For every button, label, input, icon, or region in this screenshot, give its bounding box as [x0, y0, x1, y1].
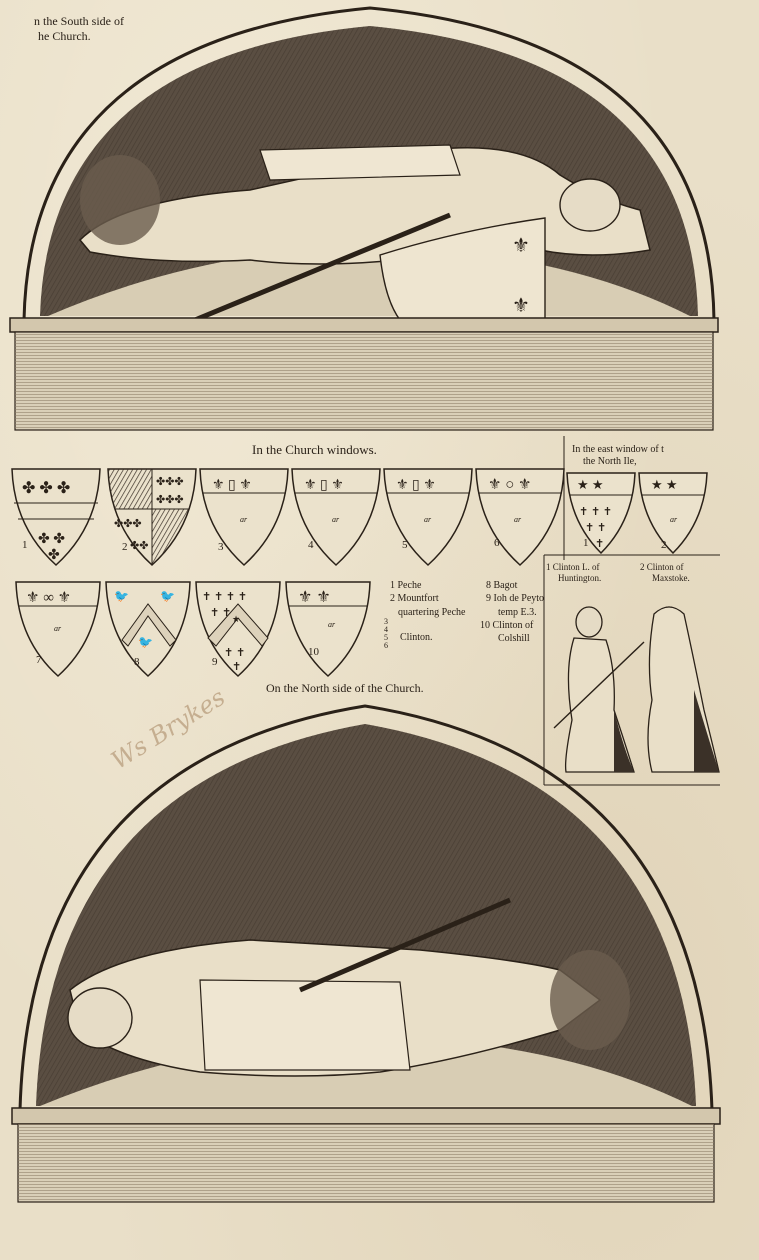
shield-10-number: 10 — [308, 646, 319, 658]
shield-1-number: 1 — [22, 539, 28, 551]
svg-text:✝ ✝: ✝ ✝ — [224, 647, 245, 659]
east-shield-1: ★ ★ ✝ ✝ ✝ ✝ ✝ ✝ — [565, 471, 637, 555]
legend-item-3-6: Clinton. — [400, 632, 433, 644]
svg-text:✤✤✤: ✤✤✤ — [114, 518, 142, 530]
legend-item-9: 9 Ioh de Peyto — [486, 593, 544, 605]
shield-10-tincture: ar — [328, 620, 335, 629]
shield-9-number: 9 — [212, 656, 218, 668]
svg-text:🐦: 🐦 — [138, 635, 153, 649]
legend-item-9b: temp E.3. — [498, 607, 537, 619]
shield-1-peche: ✤ ✤ ✤ ✤ ✤ ✤ — [10, 467, 102, 567]
legend-item-10: 10 Clinton of — [480, 620, 533, 632]
east-shield-2-number: 2 — [661, 539, 667, 551]
north-side-caption: On the North side of the Church. — [266, 681, 424, 695]
figure-1-caption-line2: Huntington. — [558, 572, 601, 584]
north-tomb-engraving — [0, 700, 759, 1260]
shield-9-peyto: ✝ ✝ ✝ ✝ ✝ ✝ ★ ✝ ✝ ✝ — [194, 580, 282, 678]
shield-6-number: 6 — [494, 537, 500, 549]
svg-text:✝ ✝: ✝ ✝ — [210, 607, 231, 619]
svg-text:🐦: 🐦 — [160, 589, 175, 603]
svg-text:✤✤: ✤✤ — [130, 540, 148, 552]
shield-5-tincture: ar — [424, 515, 431, 524]
svg-text:✝: ✝ — [595, 538, 604, 550]
svg-text:⚜ ▯ ⚜: ⚜ ▯ ⚜ — [396, 478, 436, 493]
shield-3-tincture: ar — [240, 515, 247, 524]
legend-item-1: 1 Peche — [390, 580, 421, 592]
svg-text:★ ★: ★ ★ — [651, 477, 678, 492]
shield-4-tincture: ar — [332, 515, 339, 524]
svg-text:★ ★: ★ ★ — [577, 477, 604, 492]
shield-4-number: 4 — [308, 539, 314, 551]
svg-text:✤: ✤ — [48, 548, 60, 563]
svg-text:⚜ ○ ⚜: ⚜ ○ ⚜ — [488, 477, 531, 493]
svg-text:⚜ ▯ ⚜: ⚜ ▯ ⚜ — [212, 478, 252, 493]
legend-item-2: 2 Mountfort — [390, 593, 439, 605]
svg-text:✝ ✝ ✝ ✝: ✝ ✝ ✝ ✝ — [202, 591, 247, 603]
svg-text:✤ ✤ ✤: ✤ ✤ ✤ — [22, 480, 70, 497]
shield-10-clinton-colshill: ⚜ ⚜ — [284, 580, 372, 678]
legend-item-2b: quartering Peche — [398, 607, 465, 619]
shield-8-number: 8 — [134, 656, 140, 668]
svg-text:✝ ✝: ✝ ✝ — [585, 522, 606, 534]
svg-text:✤✤✤: ✤✤✤ — [156, 494, 184, 506]
shield-3-number: 3 — [218, 541, 224, 553]
shield-8-bagot: 🐦 🐦 🐦 — [104, 580, 192, 678]
svg-text:✝ ✝ ✝: ✝ ✝ ✝ — [579, 506, 612, 518]
svg-text:✝: ✝ — [232, 661, 241, 673]
svg-text:★: ★ — [232, 614, 240, 624]
svg-text:✤ ✤: ✤ ✤ — [38, 532, 65, 547]
east-shield-2-tincture: ar — [670, 515, 677, 524]
svg-text:✤✤✤: ✤✤✤ — [156, 476, 184, 488]
shield-5-number: 5 — [402, 539, 408, 551]
figure-2-caption-line2: Maxstoke. — [652, 572, 690, 584]
svg-text:⚜ ▯ ⚜: ⚜ ▯ ⚜ — [304, 478, 344, 493]
legend-item-3-6-numbers: 3 4 5 6 — [384, 618, 392, 650]
shield-2-number: 2 — [122, 541, 128, 553]
east-shield-2: ★ ★ — [637, 471, 709, 555]
shield-2-mountfort: ✤✤✤ ✤✤✤ ✤✤✤ ✤✤ — [106, 467, 198, 567]
shield-7-number: 7 — [36, 654, 42, 666]
svg-text:🐦: 🐦 — [114, 589, 129, 603]
shield-7-tincture: ar — [54, 624, 61, 633]
legend-item-10b: Colshill — [498, 633, 530, 645]
legend-item-8: 8 Bagot — [486, 580, 517, 592]
shield-6-tincture: ar — [514, 515, 521, 524]
svg-text:⚜ ⚜: ⚜ ⚜ — [298, 589, 331, 606]
svg-text:⚜ ∞ ⚜: ⚜ ∞ ⚜ — [26, 590, 71, 606]
east-shield-1-number: 1 — [583, 537, 589, 549]
